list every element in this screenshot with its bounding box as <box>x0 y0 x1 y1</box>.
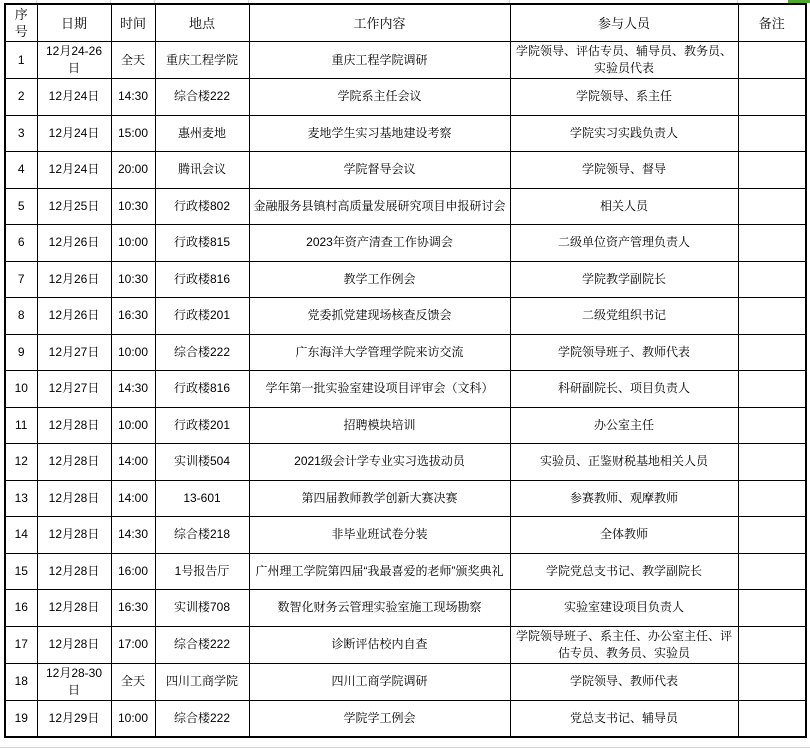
cell-date[interactable]: 12月28日 <box>37 626 111 663</box>
cell-place[interactable]: 1号报告厅 <box>155 553 249 590</box>
cell-time[interactable]: 17:00 <box>111 626 155 663</box>
cell-content[interactable]: 学年第一批实验室建设项目评审会（文科） <box>249 371 510 408</box>
cell-no[interactable]: 10 <box>5 371 37 408</box>
cell-content[interactable]: 教学工作例会 <box>249 261 510 298</box>
cell-date[interactable]: 12月24日 <box>37 152 111 189</box>
cell-date[interactable]: 12月28日 <box>37 407 111 444</box>
table-row: 4 12月24日 20:00 腾讯会议 学院督导会议 学院领导、督导 <box>5 152 806 189</box>
cell-time[interactable]: 全天 <box>111 42 155 79</box>
cell-place[interactable]: 行政楼201 <box>155 407 249 444</box>
cell-no[interactable]: 4 <box>5 152 37 189</box>
cell-content[interactable]: 重庆工程学院调研 <box>249 42 510 79</box>
cell-time[interactable]: 10:00 <box>111 334 155 371</box>
table-row: 12 12月28日 14:00 实训楼504 2021级会计学专业实习选拔动员 … <box>5 444 806 481</box>
cell-note[interactable] <box>738 261 806 298</box>
cell-date[interactable]: 12月25日 <box>37 188 111 225</box>
cell-date[interactable]: 12月26日 <box>37 298 111 335</box>
cell-time[interactable]: 16:30 <box>111 590 155 627</box>
cell-note[interactable] <box>738 590 806 627</box>
cell-participants[interactable]: 学院教学副院长 <box>510 261 738 298</box>
cell-time[interactable]: 10:00 <box>111 225 155 262</box>
cell-time[interactable]: 10:30 <box>111 261 155 298</box>
cell-participants[interactable]: 实验员、正鉴财税基地相关人员 <box>510 444 738 481</box>
table-row: 15 12月28日 16:00 1号报告厅 广州理工学院第四届“我最喜爱的老师”… <box>5 553 806 590</box>
cell-note[interactable] <box>738 553 806 590</box>
cell-date[interactable]: 12月24-26日 <box>37 42 111 79</box>
cell-time[interactable]: 14:00 <box>111 480 155 517</box>
cell-content[interactable]: 广东海洋大学管理学院来访交流 <box>249 334 510 371</box>
cell-no[interactable]: 1 <box>5 42 37 79</box>
cell-time[interactable]: 15:00 <box>111 115 155 152</box>
table-row: 6 12月26日 10:00 行政楼815 2023年资产清查工作协调会 二级单… <box>5 225 806 262</box>
cell-no[interactable]: 8 <box>5 298 37 335</box>
cell-date[interactable]: 12月24日 <box>37 79 111 116</box>
cell-place[interactable]: 重庆工程学院 <box>155 42 249 79</box>
cell-time[interactable]: 14:30 <box>111 371 155 408</box>
cell-participants[interactable]: 相关人员 <box>510 188 738 225</box>
header-cell-participants[interactable]: 参与人员 <box>510 4 738 42</box>
cell-participants[interactable]: 学院党总支书记、教学副院长 <box>510 553 738 590</box>
cell-participants[interactable]: 学院领导班子、系主任、办公室主任、评估专员、教务员、实验员 <box>510 626 738 663</box>
cell-content[interactable]: 广州理工学院第四届“我最喜爱的老师”颁奖典礼 <box>249 553 510 590</box>
cell-place[interactable]: 行政楼816 <box>155 261 249 298</box>
cell-date[interactable]: 12月26日 <box>37 261 111 298</box>
table-header: 序号 日期 时间 地点 工作内容 参与人员 备注 <box>5 4 806 42</box>
cell-place[interactable]: 实训楼504 <box>155 444 249 481</box>
cell-participants[interactable]: 全体教师 <box>510 517 738 554</box>
cell-no[interactable]: 7 <box>5 261 37 298</box>
cell-note[interactable] <box>738 115 806 152</box>
cell-time[interactable]: 10:00 <box>111 700 155 737</box>
table-row: 8 12月26日 16:30 行政楼201 党委抓党建现场核查反馈会 二级党组织… <box>5 298 806 335</box>
cell-time[interactable]: 16:00 <box>111 553 155 590</box>
cell-note[interactable] <box>738 298 806 335</box>
table-row: 7 12月26日 10:30 行政楼816 教学工作例会 学院教学副院长 <box>5 261 806 298</box>
cell-time[interactable]: 10:00 <box>111 407 155 444</box>
cell-content[interactable]: 麦地学生实习基地建设考察 <box>249 115 510 152</box>
cell-note[interactable] <box>738 663 806 700</box>
cell-no[interactable]: 18 <box>5 663 37 700</box>
table-row: 16 12月28日 16:30 实训楼708 数智化财务云管理实验室施工现场勘察… <box>5 590 806 627</box>
cell-note[interactable] <box>738 334 806 371</box>
cell-date[interactable]: 12月28日 <box>37 517 111 554</box>
gridline-bottom <box>0 747 810 748</box>
table-row: 1 12月24-26日 全天 重庆工程学院 重庆工程学院调研 学院领导、评估专员… <box>5 42 806 79</box>
cell-content[interactable]: 金融服务县镇村高质量发展研究项目申报研讨会 <box>249 188 510 225</box>
cell-no[interactable]: 11 <box>5 407 37 444</box>
cell-time[interactable]: 10:30 <box>111 188 155 225</box>
cell-participants[interactable]: 二级单位资产管理负责人 <box>510 225 738 262</box>
cell-no[interactable]: 19 <box>5 700 37 737</box>
cell-note[interactable] <box>738 371 806 408</box>
cell-time[interactable]: 14:30 <box>111 79 155 116</box>
cell-note[interactable] <box>738 188 806 225</box>
cell-participants[interactable]: 参赛教师、观摩教师 <box>510 480 738 517</box>
cell-note[interactable] <box>738 152 806 189</box>
cell-participants[interactable]: 学院领导、系主任 <box>510 79 738 116</box>
cell-content[interactable]: 数智化财务云管理实验室施工现场勘察 <box>249 590 510 627</box>
cell-place[interactable]: 腾讯会议 <box>155 152 249 189</box>
cell-no[interactable]: 9 <box>5 334 37 371</box>
table-row: 18 12月28-30日 全天 四川工商学院 四川工商学院调研 学院领导、教师代… <box>5 663 806 700</box>
cell-note[interactable] <box>738 480 806 517</box>
cell-participants[interactable]: 科研副院长、项目负责人 <box>510 371 738 408</box>
cell-note[interactable] <box>738 225 806 262</box>
cell-time[interactable]: 全天 <box>111 663 155 700</box>
cell-place[interactable]: 惠州麦地 <box>155 115 249 152</box>
header-cell-note[interactable]: 备注 <box>738 4 806 42</box>
cell-place[interactable]: 行政楼802 <box>155 188 249 225</box>
table-row: 10 12月27日 14:30 行政楼816 学年第一批实验室建设项目评审会（文… <box>5 371 806 408</box>
table-row: 13 12月28日 14:00 13-601 第四届教师教学创新大赛决赛 参赛教… <box>5 480 806 517</box>
cell-time[interactable]: 14:00 <box>111 444 155 481</box>
cell-no[interactable]: 5 <box>5 188 37 225</box>
cell-time[interactable]: 14:30 <box>111 517 155 554</box>
cell-content[interactable]: 四川工商学院调研 <box>249 663 510 700</box>
cell-no[interactable]: 16 <box>5 590 37 627</box>
cell-date[interactable]: 12月27日 <box>37 371 111 408</box>
table-row: 2 12月24日 14:30 综合楼222 学院系主任会议 学院领导、系主任 <box>5 79 806 116</box>
cell-content[interactable]: 学院督导会议 <box>249 152 510 189</box>
cell-place[interactable]: 行政楼816 <box>155 371 249 408</box>
header-cell-content[interactable]: 工作内容 <box>249 4 510 42</box>
cell-content[interactable]: 学院系主任会议 <box>249 79 510 116</box>
cell-participants[interactable]: 办公室主任 <box>510 407 738 444</box>
cell-content[interactable]: 非毕业班试卷分装 <box>249 517 510 554</box>
table-row: 17 12月28日 17:00 综合楼222 诊断评估校内自查 学院领导班子、系… <box>5 626 806 663</box>
cell-participants[interactable]: 实验室建设项目负责人 <box>510 590 738 627</box>
cell-place[interactable]: 行政楼201 <box>155 298 249 335</box>
cell-note[interactable] <box>738 626 806 663</box>
cell-note[interactable] <box>738 79 806 116</box>
cell-date[interactable]: 12月28日 <box>37 480 111 517</box>
cell-date[interactable]: 12月24日 <box>37 115 111 152</box>
schedule-table: 序号 日期 时间 地点 工作内容 参与人员 备注 1 12月24-26日 全天 … <box>4 3 807 738</box>
table-row: 3 12月24日 15:00 惠州麦地 麦地学生实习基地建设考察 学院实习实践负… <box>5 115 806 152</box>
header-cell-time[interactable]: 时间 <box>111 4 155 42</box>
cell-participants[interactable]: 学院领导、督导 <box>510 152 738 189</box>
header-cell-place[interactable]: 地点 <box>155 4 249 42</box>
table-row: 14 12月28日 14:30 综合楼218 非毕业班试卷分装 全体教师 <box>5 517 806 554</box>
cell-time[interactable]: 16:30 <box>111 298 155 335</box>
cell-content[interactable]: 2021级会计学专业实习选拔动员 <box>249 444 510 481</box>
cell-place[interactable]: 四川工商学院 <box>155 663 249 700</box>
cell-date[interactable]: 12月28日 <box>37 553 111 590</box>
cell-participants[interactable]: 学院实习实践负责人 <box>510 115 738 152</box>
cell-no[interactable]: 3 <box>5 115 37 152</box>
cell-participants[interactable]: 二级党组织书记 <box>510 298 738 335</box>
cell-no[interactable]: 6 <box>5 225 37 262</box>
table-row: 11 12月28日 10:00 行政楼201 招聘模块培训 办公室主任 <box>5 407 806 444</box>
cell-date[interactable]: 12月28日 <box>37 590 111 627</box>
cell-content[interactable]: 第四届教师教学创新大赛决赛 <box>249 480 510 517</box>
cell-content[interactable]: 招聘模块培训 <box>249 407 510 444</box>
cell-place[interactable]: 综合楼222 <box>155 626 249 663</box>
header-cell-no[interactable]: 序号 <box>5 4 37 42</box>
cell-place[interactable]: 综合楼218 <box>155 517 249 554</box>
cell-date[interactable]: 12月27日 <box>37 334 111 371</box>
header-row: 序号 日期 时间 地点 工作内容 参与人员 备注 <box>5 4 806 42</box>
table-body: 1 12月24-26日 全天 重庆工程学院 重庆工程学院调研 学院领导、评估专员… <box>5 42 806 737</box>
cell-time[interactable]: 20:00 <box>111 152 155 189</box>
cell-place[interactable]: 综合楼222 <box>155 700 249 737</box>
cell-participants[interactable]: 学院领导、评估专员、辅导员、教务员、实验员代表 <box>510 42 738 79</box>
cell-note[interactable] <box>738 42 806 79</box>
table-row: 9 12月27日 10:00 综合楼222 广东海洋大学管理学院来访交流 学院领… <box>5 334 806 371</box>
cell-participants[interactable]: 党总支书记、辅导员 <box>510 700 738 737</box>
cell-no[interactable]: 2 <box>5 79 37 116</box>
cell-note[interactable] <box>738 517 806 554</box>
cell-content[interactable]: 诊断评估校内自查 <box>249 626 510 663</box>
cell-participants[interactable]: 学院领导、教师代表 <box>510 663 738 700</box>
cell-no[interactable]: 14 <box>5 517 37 554</box>
cell-no[interactable]: 17 <box>5 626 37 663</box>
cell-date[interactable]: 12月29日 <box>37 700 111 737</box>
cell-date[interactable]: 12月28-30日 <box>37 663 111 700</box>
cell-content[interactable]: 2023年资产清查工作协调会 <box>249 225 510 262</box>
cell-no[interactable]: 15 <box>5 553 37 590</box>
cell-note[interactable] <box>738 700 806 737</box>
cell-participants[interactable]: 学院领导班子、教师代表 <box>510 334 738 371</box>
table-row: 5 12月25日 10:30 行政楼802 金融服务县镇村高质量发展研究项目申报… <box>5 188 806 225</box>
header-cell-date[interactable]: 日期 <box>37 4 111 42</box>
cell-place[interactable]: 综合楼222 <box>155 79 249 116</box>
cell-date[interactable]: 12月28日 <box>37 444 111 481</box>
cell-content[interactable]: 党委抓党建现场核查反馈会 <box>249 298 510 335</box>
cell-date[interactable]: 12月26日 <box>37 225 111 262</box>
cell-no[interactable]: 13 <box>5 480 37 517</box>
cell-place[interactable]: 13-601 <box>155 480 249 517</box>
cell-no[interactable]: 12 <box>5 444 37 481</box>
cell-place[interactable]: 行政楼815 <box>155 225 249 262</box>
cell-content[interactable]: 学院学工例会 <box>249 700 510 737</box>
cell-place[interactable]: 实训楼708 <box>155 590 249 627</box>
cell-note[interactable] <box>738 407 806 444</box>
cell-note[interactable] <box>738 444 806 481</box>
table-row: 19 12月29日 10:00 综合楼222 学院学工例会 党总支书记、辅导员 <box>5 700 806 737</box>
cell-place[interactable]: 综合楼222 <box>155 334 249 371</box>
